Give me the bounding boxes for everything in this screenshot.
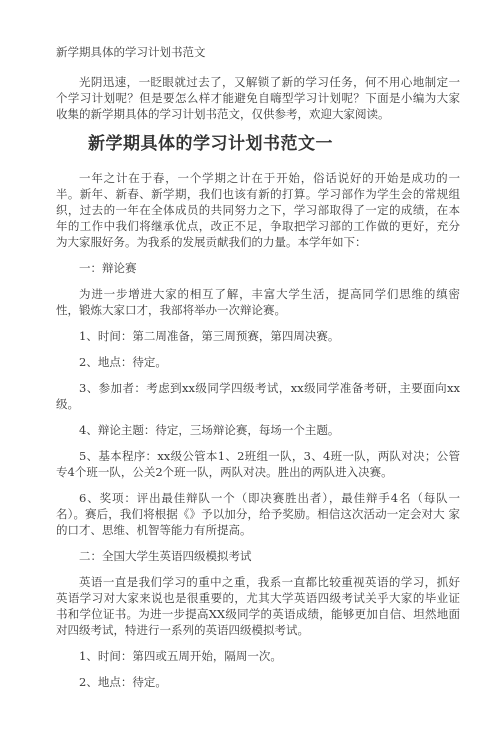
document-content: 新学期具体的学习计划书范文 光阴迅速，一眨眼就过去了，又解锁了新的学习任务，何不… [56,44,460,690]
list-item: 3、参加者：考虑到xx级同学四级考试，xx级同学准备考研，主要面向xx 级。 [56,380,460,412]
document-main-title: 新学期具体的学习计划书范文一 [88,132,460,156]
body-paragraph: 为进一步增进大家的相互了解，丰富大学生活，提高同学们思维的缜密 性，锻炼大家口才… [56,286,460,318]
section-heading: 二：全国大学生英语四级模拟考试 [56,548,460,564]
document-page: 新学期具体的学习计划书范文 光阴迅速，一眨眼就过去了，又解锁了新的学习任务，何不… [0,0,500,741]
list-item: 2、地点：待定。 [56,354,460,370]
list-item: 4、辩论主题：待定，三场辩论赛，每场一个主题。 [56,422,460,438]
list-item: 2、地点：待定。 [56,674,460,690]
intro-paragraph: 光阴迅速，一眨眼就过去了，又解锁了新的学习任务，何不用心地制定一 个学习计划呢？… [56,74,460,122]
body-paragraph: 一年之计在于春，一个学期之计在于开始，俗话说好的开始是成功的一 半。新年、新春、… [56,170,460,250]
document-body: 一年之计在于春，一个学期之计在于开始，俗话说好的开始是成功的一 半。新年、新春、… [56,170,460,690]
list-item: 5、基本程序：xx级公管本1、2班组一队，3、4班一队，两队对决；公管 专4个班… [56,448,460,480]
body-paragraph: 英语一直是我们学习的重中之重，我系一直都比较重视英语的学习，抓好 英语学习对大家… [56,574,460,638]
document-subject-line: 新学期具体的学习计划书范文 [56,44,460,60]
list-item: 1、时间：第四或五周开始，隔周一次。 [56,648,460,664]
list-item: 6、奖项：评出最佳辩队一个（即决赛胜出者），最佳辩手4名（每队一 名）。赛后，我… [56,490,460,538]
list-item: 1、时间：第二周准备，第三周预赛，第四周决赛。 [56,328,460,344]
section-heading: 一：辩论赛 [56,260,460,276]
